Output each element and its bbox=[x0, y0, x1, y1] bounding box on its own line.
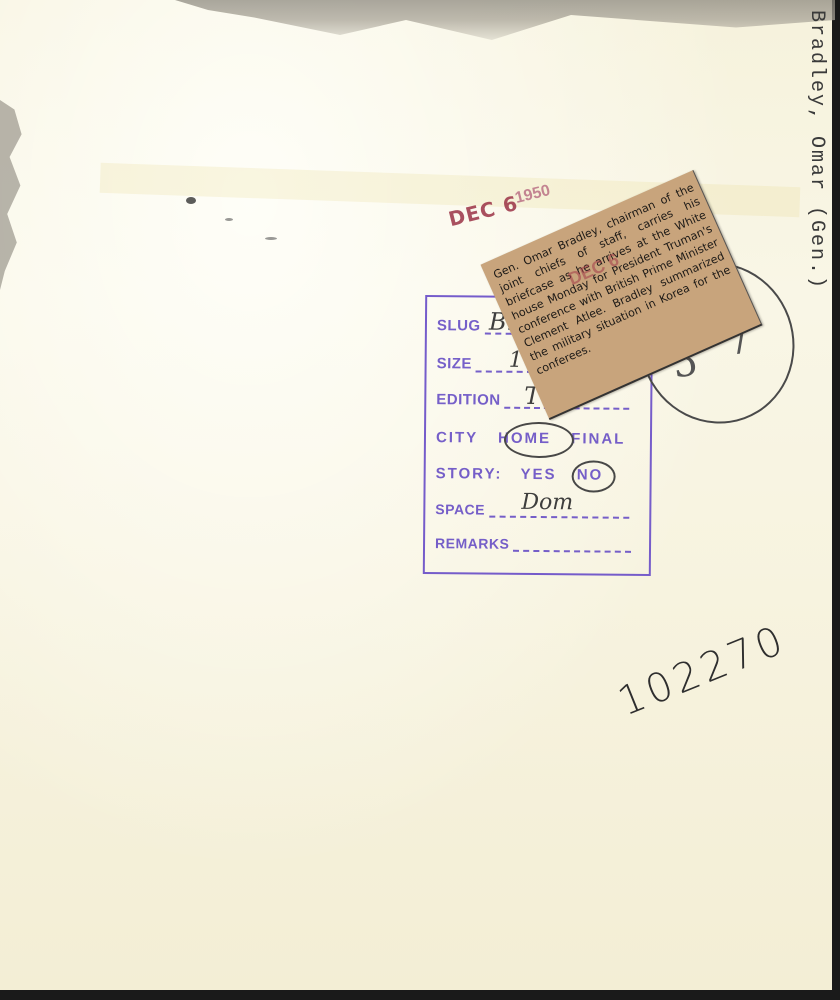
clipping-caption: Gen. Omar Bradley, chairman of the joint… bbox=[491, 180, 739, 378]
water-stain-left bbox=[0, 100, 24, 290]
city-option-final: FINAL bbox=[571, 430, 625, 447]
photo-back-paper: Bradley, Omar (Gen.) DEC 6 1950 SLUG Br … bbox=[0, 0, 832, 990]
typed-subject-label: Bradley, Omar (Gen.) bbox=[805, 10, 828, 290]
edition-label: EDITION bbox=[436, 391, 500, 409]
remarks-row: REMARKS bbox=[435, 535, 631, 553]
story-label: STORY: bbox=[436, 465, 503, 483]
pencil-reference-number: 102270 bbox=[612, 617, 793, 726]
size-label: SIZE bbox=[437, 355, 472, 372]
water-stain-top bbox=[175, 0, 835, 50]
ink-speck bbox=[265, 237, 277, 240]
ink-speck bbox=[186, 197, 196, 204]
city-label: CITY bbox=[436, 429, 478, 446]
story-option-yes: YES bbox=[520, 466, 556, 483]
slug-label: SLUG bbox=[437, 317, 481, 334]
ink-speck bbox=[225, 218, 233, 221]
space-handwritten: Dom bbox=[521, 490, 573, 515]
no-circled-mark bbox=[572, 460, 616, 492]
space-label: SPACE bbox=[435, 501, 485, 517]
remarks-label: REMARKS bbox=[435, 535, 509, 552]
home-circled-mark bbox=[504, 422, 574, 459]
